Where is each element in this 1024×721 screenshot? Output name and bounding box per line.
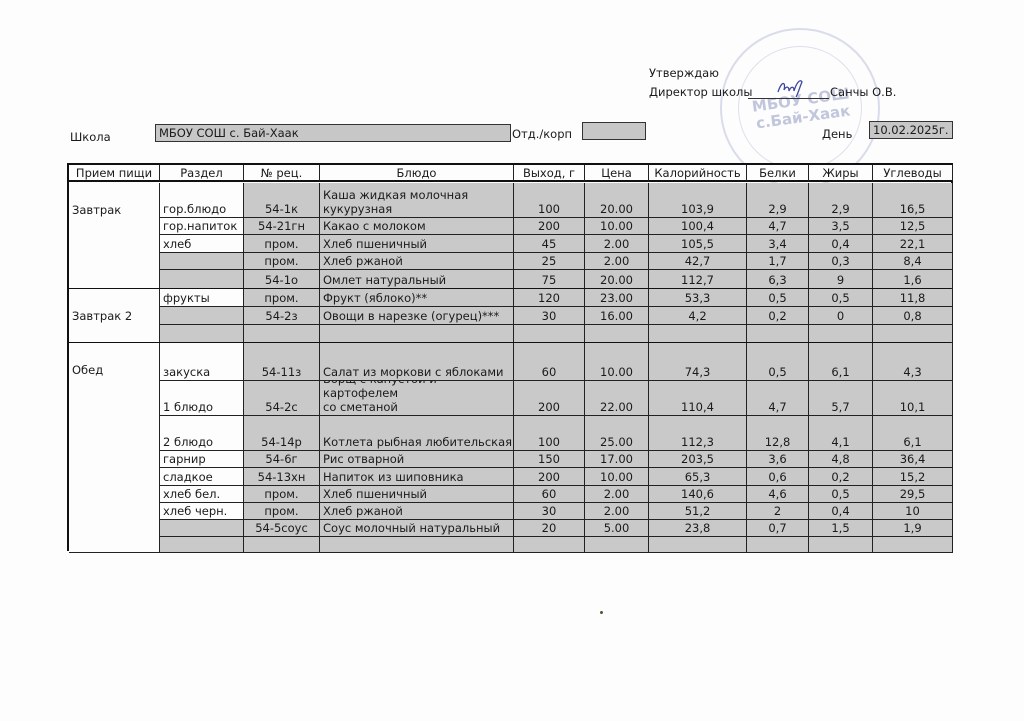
cell-section[interactable]: сладкое — [160, 468, 244, 486]
cell-recipe[interactable]: пром. — [244, 253, 320, 270]
cell-kcal-text: 140,6 — [649, 487, 746, 501]
cell-dish[interactable]: Котлета рыбная любительская — [320, 416, 514, 451]
cell-kcal-text: 112,3 — [649, 435, 746, 449]
cell-dish[interactable]: Напиток из шиповника — [320, 468, 514, 486]
cell-section[interactable]: хлеб черн. — [160, 503, 244, 520]
cell-dish[interactable]: Каша жидкая молочная кукурузная — [320, 183, 514, 218]
cell-recipe[interactable] — [244, 325, 320, 343]
cell-dish-text: Каша жидкая молочная кукурузная — [323, 188, 513, 216]
cell-protein-text: 1,7 — [747, 254, 808, 268]
day-label: День — [822, 127, 852, 141]
cell-protein-text: 0,7 — [747, 521, 808, 535]
cell-fat-text: 9 — [809, 273, 872, 287]
cell-carbs[interactable]: 15,2 — [873, 468, 953, 486]
cell-section[interactable]: 1 блюдо — [160, 381, 244, 416]
cell-kcal[interactable]: 203,5 — [649, 451, 747, 468]
cell-recipe[interactable]: пром. — [244, 289, 320, 307]
cell-dish-text: Котлета рыбная любительская — [323, 435, 513, 449]
cell-fat-text: 0,2 — [809, 470, 872, 484]
cell-kcal-text: 65,3 — [649, 470, 746, 484]
cell-carbs[interactable]: 1,9 — [873, 520, 953, 537]
cell-fat[interactable]: 6,1 — [809, 343, 873, 381]
school-field[interactable]: МБОУ СОШ с. Бай-Хаак — [155, 124, 511, 142]
cell-price[interactable]: 22.00 — [585, 381, 649, 416]
cell-recipe-text: 54-13хн — [244, 470, 319, 484]
cell-carbs[interactable]: 22,1 — [873, 235, 953, 253]
cell-protein[interactable]: 0,5 — [747, 343, 809, 381]
cell-fat-text: 5,7 — [809, 400, 872, 414]
cell-protein[interactable]: 0,5 — [747, 289, 809, 307]
cell-kcal-text: 112,7 — [649, 273, 746, 287]
cell-protein[interactable]: 3,6 — [747, 451, 809, 468]
cell-kcal-text: 53,3 — [649, 291, 746, 305]
cell-recipe[interactable]: 54-2с — [244, 381, 320, 416]
dept-label: Отд./корп — [512, 127, 572, 141]
cell-carbs[interactable]: 0,8 — [873, 307, 953, 325]
cell-fat-text: 0 — [809, 309, 872, 323]
cell-price[interactable]: 2.00 — [585, 235, 649, 253]
cell-fat[interactable] — [809, 537, 873, 553]
cell-yield[interactable]: 200 — [514, 468, 585, 486]
cell-price[interactable]: 2.00 — [585, 253, 649, 270]
cell-kcal[interactable]: 51,2 — [649, 503, 747, 520]
cell-fat[interactable]: 0,4 — [809, 503, 873, 520]
cell-section-text: 1 блюдо — [163, 400, 243, 414]
approve-label: Утверждаю — [649, 66, 719, 80]
cell-section[interactable] — [160, 520, 244, 537]
cell-protein[interactable]: 0,7 — [747, 520, 809, 537]
cell-kcal[interactable]: 100,4 — [649, 218, 747, 235]
column-header: Блюдо — [320, 165, 514, 182]
cell-recipe[interactable]: 54-13хн — [244, 468, 320, 486]
cell-price[interactable] — [585, 537, 649, 553]
cell-section[interactable]: фрукты — [160, 289, 244, 307]
cell-recipe-text: 54-11з — [244, 365, 319, 379]
cell-carbs[interactable]: 36,4 — [873, 451, 953, 468]
cell-price[interactable]: 25.00 — [585, 416, 649, 451]
cell-yield-text: 200 — [514, 470, 584, 484]
school-label: Школа — [70, 130, 111, 144]
cell-kcal-text: 23,8 — [649, 521, 746, 535]
cell-recipe-text: 54-6г — [244, 452, 319, 466]
cell-fat-text: 2,9 — [809, 202, 872, 216]
cell-dish[interactable]: Борщ с капустой и картофелем со сметаной — [320, 381, 514, 416]
cell-carbs-text: 10 — [873, 504, 952, 518]
cell-section[interactable] — [160, 307, 244, 325]
cell-price-text: 17.00 — [585, 452, 648, 466]
cell-protein[interactable]: 0,2 — [747, 307, 809, 325]
cell-section-text: гор.блюдо — [163, 202, 243, 216]
cell-recipe[interactable]: пром. — [244, 503, 320, 520]
cell-section[interactable]: гарнир — [160, 451, 244, 468]
cell-carbs-text: 29,5 — [873, 487, 952, 501]
cell-price[interactable]: 10.00 — [585, 218, 649, 235]
cell-price-text: 10.00 — [585, 365, 648, 379]
cell-carbs-text: 10,1 — [873, 400, 952, 414]
cell-section[interactable] — [160, 253, 244, 270]
cell-section-text: фрукты — [163, 291, 243, 305]
cell-yield-text: 60 — [514, 487, 584, 501]
cell-yield[interactable]: 20 — [514, 520, 585, 537]
cell-recipe[interactable]: 54-1к — [244, 183, 320, 218]
cell-recipe[interactable] — [244, 537, 320, 553]
cell-kcal-text: 4,2 — [649, 309, 746, 323]
cell-protein-text: 2 — [747, 504, 808, 518]
cell-section-text: 2 блюдо — [163, 435, 243, 449]
cell-carbs[interactable] — [873, 325, 953, 343]
column-header: Белки — [747, 165, 809, 182]
cell-carbs-text: 36,4 — [873, 452, 952, 466]
cell-carbs[interactable] — [873, 537, 953, 553]
cell-fat[interactable]: 1,5 — [809, 520, 873, 537]
column-header: Прием пищи — [69, 165, 160, 182]
signature-line — [748, 98, 829, 99]
cell-kcal[interactable]: 103,9 — [649, 183, 747, 218]
cell-carbs[interactable]: 1,6 — [873, 270, 953, 289]
cell-price-text: 20.00 — [585, 273, 648, 287]
meal-name: Завтрак 2 — [69, 289, 160, 343]
cell-fat-text: 0,4 — [809, 504, 872, 518]
cell-section-text: хлеб черн. — [163, 504, 243, 518]
cell-protein[interactable]: 4,6 — [747, 486, 809, 503]
cell-price-text: 16.00 — [585, 309, 648, 323]
cell-recipe[interactable]: 54-21гн — [244, 218, 320, 235]
cell-section-text: сладкое — [163, 470, 243, 484]
cell-yield[interactable]: 75 — [514, 270, 585, 289]
cell-carbs[interactable]: 29,5 — [873, 486, 953, 503]
cell-fat[interactable]: 5,7 — [809, 381, 873, 416]
cell-protein-text: 0,5 — [747, 365, 808, 379]
cell-dish[interactable] — [320, 537, 514, 553]
cell-dish-text: Хлеб ржаной — [323, 254, 513, 268]
meal-name-text: Обед — [72, 363, 159, 377]
cell-price[interactable]: 17.00 — [585, 451, 649, 468]
cell-carbs[interactable]: 12,5 — [873, 218, 953, 235]
cell-dish[interactable]: Фрукт (яблоко)** — [320, 289, 514, 307]
cell-dish-text: Хлеб пшеничный — [323, 487, 513, 501]
cell-section-text: гор.напиток — [163, 219, 243, 233]
cell-dish[interactable]: Хлеб ржаной — [320, 253, 514, 270]
cell-kcal[interactable]: 112,3 — [649, 416, 747, 451]
cell-recipe[interactable]: 54-14р — [244, 416, 320, 451]
cell-fat[interactable]: 0,3 — [809, 253, 873, 270]
cell-yield[interactable]: 45 — [514, 235, 585, 253]
cell-yield[interactable]: 60 — [514, 486, 585, 503]
cell-dish[interactable]: Хлеб пшеничный — [320, 235, 514, 253]
meal-name-text: Завтрак — [72, 203, 159, 217]
cell-price[interactable]: 5.00 — [585, 520, 649, 537]
signature-icon — [776, 76, 806, 98]
cell-protein-text: 0,2 — [747, 309, 808, 323]
cell-yield-text: 45 — [514, 237, 584, 251]
cell-carbs-text: 4,3 — [873, 365, 952, 379]
cell-recipe[interactable]: 54-1о — [244, 270, 320, 289]
cell-price-text: 2.00 — [585, 487, 648, 501]
cell-protein-text: 3,4 — [747, 237, 808, 251]
cell-yield[interactable]: 200 — [514, 218, 585, 235]
column-header: Раздел — [160, 165, 244, 182]
cell-protein-text: 12,8 — [747, 435, 808, 449]
cell-yield[interactable] — [514, 325, 585, 343]
cell-price-text: 23.00 — [585, 291, 648, 305]
cell-price[interactable]: 20.00 — [585, 270, 649, 289]
cell-yield[interactable]: 60 — [514, 343, 585, 381]
cell-price-text: 10.00 — [585, 219, 648, 233]
cell-recipe-text: пром. — [244, 291, 319, 305]
cell-kcal[interactable]: 4,2 — [649, 307, 747, 325]
cell-section[interactable]: гор.блюдо — [160, 183, 244, 218]
cell-price[interactable]: 20.00 — [585, 183, 649, 218]
cell-fat-text: 0,3 — [809, 254, 872, 268]
cell-yield-text: 75 — [514, 273, 584, 287]
cell-protein[interactable]: 3,4 — [747, 235, 809, 253]
cell-dish-text: Омлет натуральный — [323, 273, 513, 287]
cell-recipe-text: 54-1к — [244, 202, 319, 216]
cell-yield[interactable]: 30 — [514, 503, 585, 520]
cell-yield[interactable]: 100 — [514, 183, 585, 218]
cell-yield-text: 20 — [514, 521, 584, 535]
cell-price[interactable]: 10.00 — [585, 468, 649, 486]
stamp-ring — [738, 46, 862, 170]
cell-section[interactable] — [160, 325, 244, 343]
cell-fat-text: 4,1 — [809, 435, 872, 449]
cell-recipe-text: 54-5соус — [244, 521, 319, 535]
cell-dish[interactable]: Овощи в нарезке (огурец)*** — [320, 307, 514, 325]
cell-carbs-text: 12,5 — [873, 219, 952, 233]
cell-yield[interactable]: 200 — [514, 381, 585, 416]
dept-field[interactable] — [582, 122, 646, 140]
cell-yield[interactable] — [514, 537, 585, 553]
cell-dish-text: Хлеб пшеничный — [323, 237, 513, 251]
cell-section[interactable] — [160, 270, 244, 289]
cell-yield-text: 200 — [514, 219, 584, 233]
cell-carbs[interactable]: 8,4 — [873, 253, 953, 270]
cell-carbs-text: 6,1 — [873, 435, 952, 449]
cell-yield-text: 30 — [514, 504, 584, 518]
cell-kcal-text: 203,5 — [649, 452, 746, 466]
cell-carbs[interactable]: 10,1 — [873, 381, 953, 416]
cell-protein[interactable] — [747, 325, 809, 343]
cell-dish-text: Рис отварной — [323, 452, 513, 466]
cell-kcal[interactable]: 140,6 — [649, 486, 747, 503]
cell-yield[interactable]: 100 — [514, 416, 585, 451]
cell-protein[interactable]: 2 — [747, 503, 809, 520]
cell-dish-text: Борщ с капустой и картофелем со сметаной — [323, 381, 513, 414]
cell-carbs-text: 11,8 — [873, 291, 952, 305]
cell-yield-text: 150 — [514, 452, 584, 466]
cell-section[interactable]: хлеб бел. — [160, 486, 244, 503]
cell-yield[interactable]: 120 — [514, 289, 585, 307]
cell-protein[interactable]: 6,3 — [747, 270, 809, 289]
cell-dish-text: Салат из моркови с яблоками — [323, 365, 513, 379]
cell-carbs[interactable]: 4,3 — [873, 343, 953, 381]
cell-dish[interactable]: Какао с молоком — [320, 218, 514, 235]
cell-section[interactable] — [160, 537, 244, 553]
cell-kcal[interactable]: 105,5 — [649, 235, 747, 253]
cell-dish[interactable]: Хлеб ржаной — [320, 503, 514, 520]
cell-carbs[interactable]: 11,8 — [873, 289, 953, 307]
cell-fat-text: 0,4 — [809, 237, 872, 251]
cell-fat-text: 6,1 — [809, 365, 872, 379]
cell-kcal[interactable]: 112,7 — [649, 270, 747, 289]
cell-carbs-text: 15,2 — [873, 470, 952, 484]
cell-yield-text: 100 — [514, 435, 584, 449]
cell-recipe-text: пром. — [244, 237, 319, 251]
cell-kcal-text: 74,3 — [649, 365, 746, 379]
cell-price-text: 22.00 — [585, 400, 648, 414]
cell-recipe[interactable]: 54-5соус — [244, 520, 320, 537]
cell-fat-text: 0,5 — [809, 291, 872, 305]
cell-protein[interactable]: 4,7 — [747, 381, 809, 416]
meal-name: Завтрак — [69, 183, 160, 289]
cell-kcal[interactable]: 110,4 — [649, 381, 747, 416]
cell-fat[interactable]: 3,5 — [809, 218, 873, 235]
cell-section[interactable]: 2 блюдо — [160, 416, 244, 451]
cell-protein-text: 4,7 — [747, 400, 808, 414]
cell-protein[interactable] — [747, 537, 809, 553]
cell-price[interactable]: 10.00 — [585, 343, 649, 381]
cell-price[interactable]: 23.00 — [585, 289, 649, 307]
cell-recipe[interactable]: 54-11з — [244, 343, 320, 381]
director-label: Директор школы — [649, 85, 752, 99]
cell-recipe-text: пром. — [244, 504, 319, 518]
cell-yield-text: 100 — [514, 202, 584, 216]
cell-recipe-text: пром. — [244, 487, 319, 501]
cell-yield[interactable]: 25 — [514, 253, 585, 270]
column-header: Жиры — [809, 165, 873, 182]
cell-dish-text: Напиток из шиповника — [323, 470, 513, 484]
cell-recipe[interactable]: пром. — [244, 486, 320, 503]
cell-section-text: хлеб бел. — [163, 487, 243, 501]
column-header: № рец. — [244, 165, 320, 182]
cell-fat[interactable]: 0,4 — [809, 235, 873, 253]
cell-dish[interactable]: Рис отварной — [320, 451, 514, 468]
cell-fat[interactable]: 0,2 — [809, 468, 873, 486]
cell-recipe-text: 54-2з — [244, 309, 319, 323]
cell-fat-text: 1,5 — [809, 521, 872, 535]
cell-kcal[interactable]: 42,7 — [649, 253, 747, 270]
cell-protein[interactable]: 0,6 — [747, 468, 809, 486]
cell-price-text: 5.00 — [585, 521, 648, 535]
day-field[interactable]: 10.02.2025г. — [869, 121, 953, 139]
cell-price-text: 10.00 — [585, 470, 648, 484]
cell-carbs-text: 1,9 — [873, 521, 952, 535]
cell-fat[interactable] — [809, 325, 873, 343]
cell-dish[interactable]: Хлеб пшеничный — [320, 486, 514, 503]
cell-kcal[interactable]: 53,3 — [649, 289, 747, 307]
cell-carbs[interactable]: 6,1 — [873, 416, 953, 451]
cell-yield-text: 120 — [514, 291, 584, 305]
column-header: Выход, г — [514, 165, 585, 182]
cell-fat[interactable]: 0 — [809, 307, 873, 325]
cell-protein[interactable]: 4,7 — [747, 218, 809, 235]
cell-section[interactable]: закуска — [160, 343, 244, 381]
cell-carbs-text: 22,1 — [873, 237, 952, 251]
meal-name-text: Завтрак 2 — [72, 309, 159, 323]
cell-protein-text: 2,9 — [747, 202, 808, 216]
cell-fat[interactable]: 0,5 — [809, 486, 873, 503]
cell-kcal-text: 103,9 — [649, 202, 746, 216]
cell-fat-text: 4,8 — [809, 452, 872, 466]
cell-section-text: закуска — [163, 365, 243, 379]
cell-dish[interactable] — [320, 325, 514, 343]
cell-yield-text: 30 — [514, 309, 584, 323]
cell-kcal-text: 105,5 — [649, 237, 746, 251]
cell-recipe-text: 54-1о — [244, 273, 319, 287]
cell-kcal[interactable]: 65,3 — [649, 468, 747, 486]
cell-yield-text: 200 — [514, 400, 584, 414]
cell-protein-text: 0,5 — [747, 291, 808, 305]
cell-fat[interactable]: 2,9 — [809, 183, 873, 218]
cell-yield[interactable]: 30 — [514, 307, 585, 325]
cell-carbs-text: 16,5 — [873, 202, 952, 216]
cell-price[interactable] — [585, 325, 649, 343]
cell-price-text: 2.00 — [585, 237, 648, 251]
cell-carbs[interactable]: 16,5 — [873, 183, 953, 218]
cell-carbs-text: 0,8 — [873, 309, 952, 323]
cell-price[interactable]: 2.00 — [585, 486, 649, 503]
cell-kcal[interactable]: 23,8 — [649, 520, 747, 537]
menu-table: Прием пищиРаздел№ рец.БлюдоВыход, гЦенаК… — [67, 163, 953, 551]
cell-recipe[interactable]: пром. — [244, 235, 320, 253]
cell-protein-text: 4,7 — [747, 219, 808, 233]
cell-kcal[interactable] — [649, 325, 747, 343]
cell-recipe-text: 54-2с — [244, 400, 319, 414]
cell-dish-text: Какао с молоком — [323, 219, 513, 233]
cell-recipe-text: пром. — [244, 254, 319, 268]
cell-section[interactable]: хлеб — [160, 235, 244, 253]
cell-dish-text: Хлеб ржаной — [323, 504, 513, 518]
cell-recipe[interactable]: 54-2з — [244, 307, 320, 325]
cell-fat-text: 3,5 — [809, 219, 872, 233]
cell-yield[interactable]: 150 — [514, 451, 585, 468]
cell-carbs-text: 1,6 — [873, 273, 952, 287]
cell-kcal[interactable] — [649, 537, 747, 553]
cell-dish[interactable]: Омлет натуральный — [320, 270, 514, 289]
cell-carbs[interactable]: 10 — [873, 503, 953, 520]
cell-protein[interactable]: 1,7 — [747, 253, 809, 270]
cell-fat[interactable]: 4,1 — [809, 416, 873, 451]
cell-dish[interactable]: Соус молочный натуральный — [320, 520, 514, 537]
cell-kcal-text: 42,7 — [649, 254, 746, 268]
cell-protein[interactable]: 2,9 — [747, 183, 809, 218]
cell-protein-text: 3,6 — [747, 452, 808, 466]
cell-carbs-text: 8,4 — [873, 254, 952, 268]
cell-kcal[interactable]: 74,3 — [649, 343, 747, 381]
column-header: Углеводы — [873, 165, 953, 182]
cell-recipe[interactable]: 54-6г — [244, 451, 320, 468]
cell-fat[interactable]: 0,5 — [809, 289, 873, 307]
cell-kcal-text: 51,2 — [649, 504, 746, 518]
cell-price[interactable]: 16.00 — [585, 307, 649, 325]
cell-dish[interactable]: Салат из моркови с яблоками — [320, 343, 514, 381]
column-header: Цена — [585, 165, 649, 182]
cell-price-text: 25.00 — [585, 435, 648, 449]
cell-yield-text: 60 — [514, 365, 584, 379]
cell-price[interactable]: 2.00 — [585, 503, 649, 520]
column-header: Калорийность — [649, 165, 747, 182]
cell-protein[interactable]: 12,8 — [747, 416, 809, 451]
cell-protein-text: 0,6 — [747, 470, 808, 484]
cell-recipe-text: 54-14р — [244, 435, 319, 449]
cell-fat[interactable]: 9 — [809, 270, 873, 289]
cell-dish-text: Фрукт (яблоко)** — [323, 291, 513, 305]
cell-dish-text: Соус молочный натуральный — [323, 521, 513, 535]
cell-price-text: 20.00 — [585, 202, 648, 216]
cell-section[interactable]: гор.напиток — [160, 218, 244, 235]
cell-fat[interactable]: 4,8 — [809, 451, 873, 468]
cell-price-text: 2.00 — [585, 504, 648, 518]
